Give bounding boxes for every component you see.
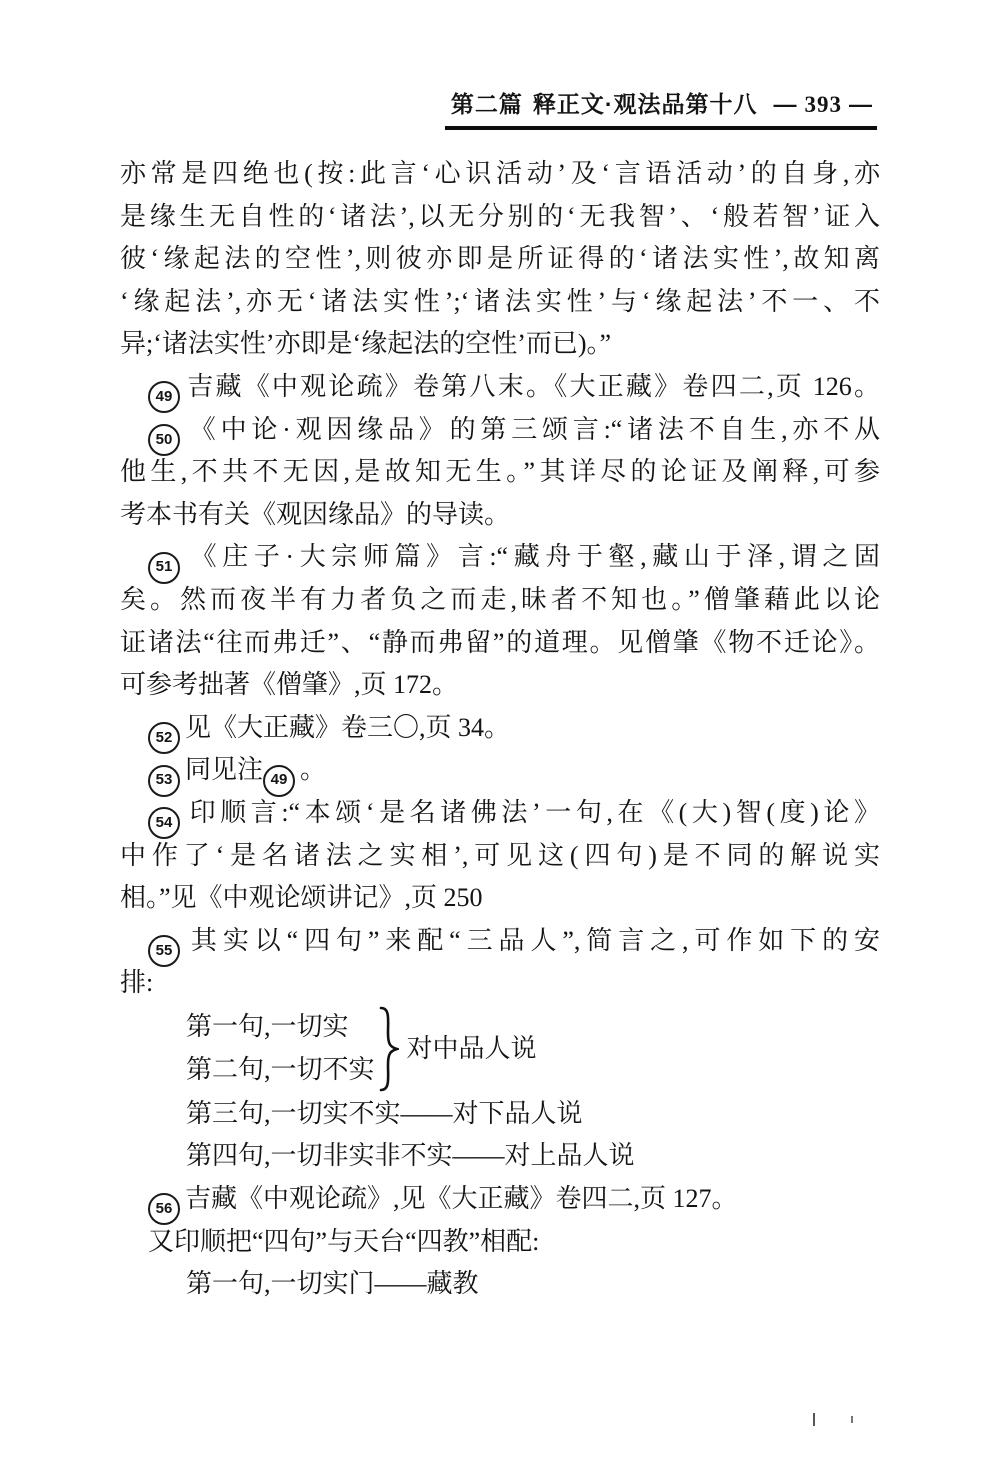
body-line: 55其实以“四句”来配“三品人”,简言之,可作如下的安 [120, 920, 880, 963]
brace-group: 第一句,一切实第二句,一切不实对中品人说 [186, 1005, 880, 1093]
scan-artifact [851, 1416, 853, 1423]
body-line: 他生,不共不无因,是故知无生。”其详尽的论证及阐释,可参 [120, 451, 880, 494]
body-line: 54印顺言:“本颂‘是名诸佛法’一句,在《(大)智(度)论》 [120, 792, 880, 835]
scan-artifact [813, 1413, 815, 1426]
header-dash-left: — [774, 91, 798, 117]
body-line: 第一句,一切实 [186, 1006, 375, 1049]
header-dash-right: — [849, 91, 873, 117]
body-line: 相。”见《中观论颂讲记》,页 250 [120, 877, 880, 920]
body-line: 又印顺把“四句”与天台“四教”相配: [120, 1221, 880, 1264]
body-line: ‘缘起法’,亦无‘诸法实性’;‘诸法实性’与‘缘起法’不一、不 [120, 281, 880, 324]
body-line: 排: [120, 962, 880, 1005]
body-line: 第二句,一切不实 [186, 1049, 375, 1092]
body-line: 矣。然而夜半有力者负之而走,昧者不知也。”僧肇藉此以论 [120, 579, 880, 622]
body-line: 中作了‘是名诸法之实相’,可见这(四句)是不同的解说实 [120, 835, 880, 878]
brace-label: 对中品人说 [407, 1034, 537, 1064]
body-line: 异;‘诸法实性’亦即是‘缘起法的空性’而已)。” [120, 323, 880, 366]
body-line: 亦常是四绝也(按:此言‘心识活动’及‘言语活动’的自身,亦 [120, 153, 880, 196]
body-line: 56吉藏《中观论疏》,见《大正藏》卷四二,页 127。 [120, 1178, 880, 1221]
body-line: 是缘生无自性的‘诸法’,以无分别的‘无我智’、‘般若智’证入 [120, 196, 880, 239]
right-brace-icon [379, 1005, 399, 1093]
brace-lines: 第一句,一切实第二句,一切不实 [186, 1006, 375, 1091]
page-body: 亦常是四绝也(按:此言‘心识活动’及‘言语活动’的自身,亦是缘生无自性的‘诸法’… [120, 153, 880, 1306]
header-section: 释正文·观法品第十八 [533, 91, 758, 117]
body-line: 50《中论·观因缘品》的第三颂言:“诸法不自生,亦不从 [120, 409, 880, 452]
body-line: 证诸法“往而弗迁”、“静而弗留”的道理。见僧肇《物不迁论》。 [120, 622, 880, 665]
header-chapter: 第二篇 [451, 91, 523, 117]
body-line: 53同见注49。 [120, 749, 880, 792]
body-line: 51《庄子·大宗师篇》言:“藏舟于壑,藏山于泽,谓之固 [120, 536, 880, 579]
body-line: 第四句,一切非实非不实——对上品人说 [120, 1135, 880, 1178]
body-line: 52见《大正藏》卷三〇,页 34。 [120, 707, 880, 750]
body-line: 彼‘缘起法的空性’,则彼亦即是所证得的‘诸法实性’,故知离 [120, 238, 880, 281]
body-line: 可参考拙著《僧肇》,页 172。 [120, 664, 880, 707]
body-line: 49吉藏《中观论疏》卷第八末。《大正藏》卷四二,页 126。 [120, 366, 880, 409]
body-line: 第三句,一切实不实——对下品人说 [120, 1093, 880, 1136]
book-page: 第二篇释正文·观法品第十八—393— 亦常是四绝也(按:此言‘心识活动’及‘言语… [0, 0, 983, 1479]
page-header: 第二篇释正文·观法品第十八—393— [445, 86, 877, 130]
header-page-number: 393 [805, 92, 843, 117]
body-line: 考本书有关《观因缘品》的导读。 [120, 494, 880, 537]
body-line: 第一句,一切实门——藏教 [120, 1263, 880, 1306]
